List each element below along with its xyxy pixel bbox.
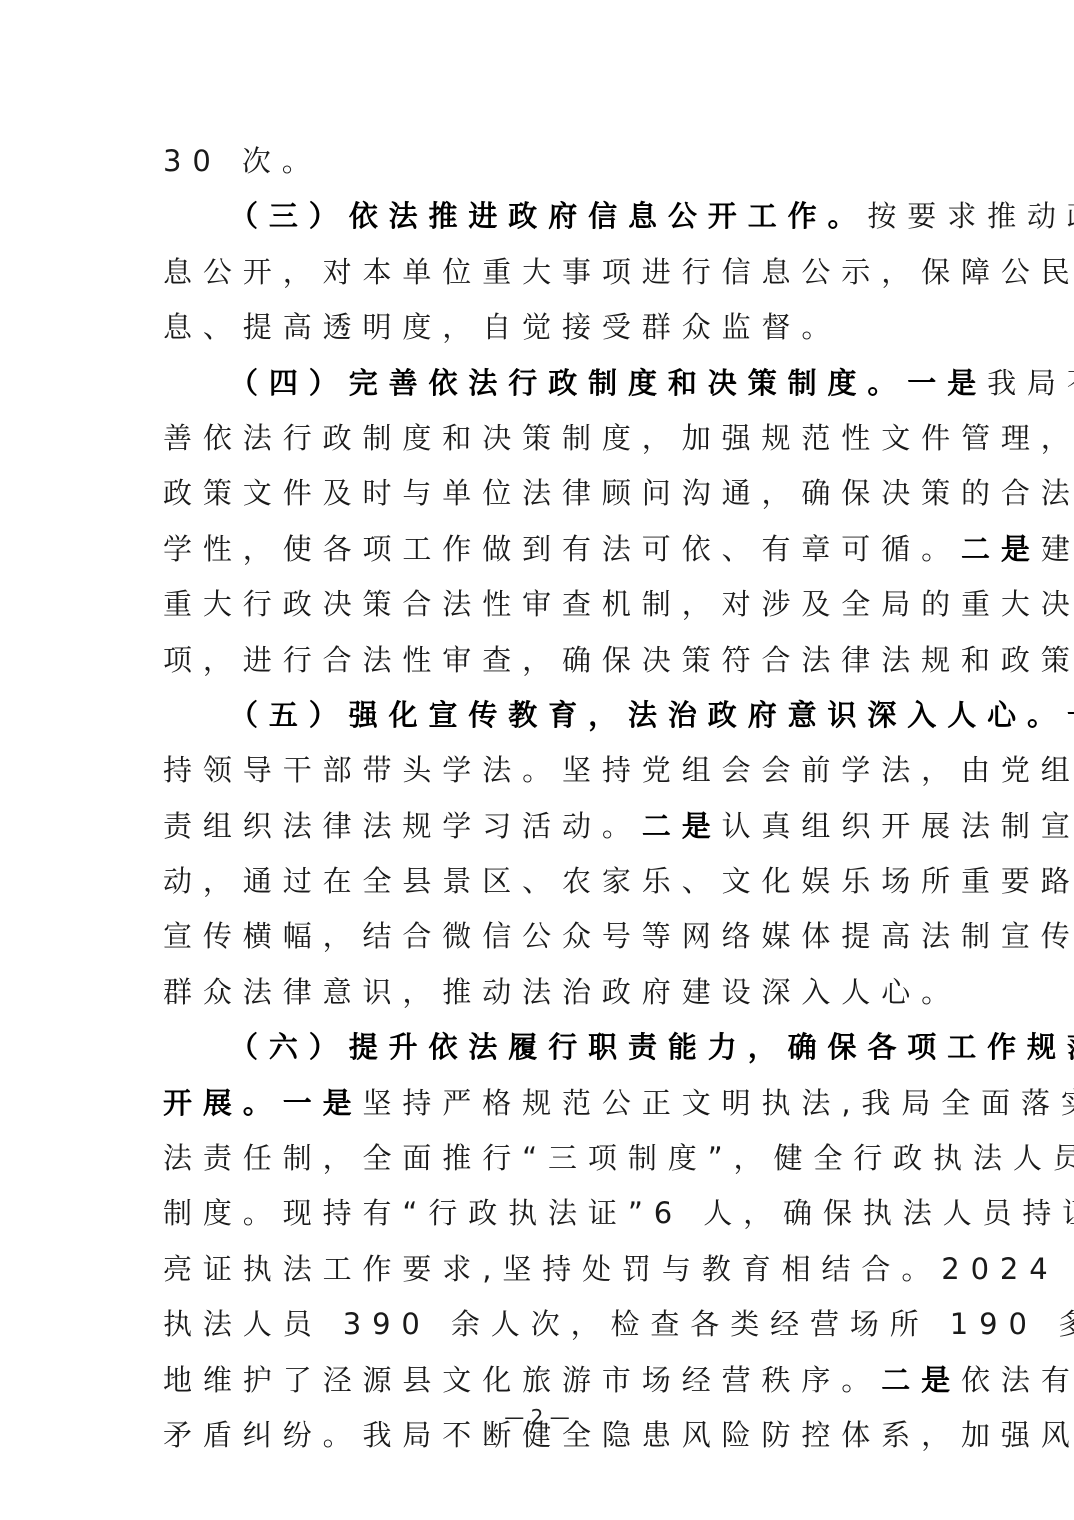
body-text: 重大行政决策合法性审查机制，对涉及全局的重大决策事 [163, 587, 1074, 621]
bold-heading-text: （六）提升依法履行职责能力，确保各项工作规范有序 [229, 1030, 1074, 1064]
text-line: 重大行政决策合法性审查机制，对涉及全局的重大决策事 [163, 577, 913, 632]
body-text: 动，通过在全县景区、农家乐、文化娱乐场所重要路口悬挂 [163, 864, 1074, 898]
body-text: 认真组织开展法制宣传月活 [722, 809, 1074, 843]
text-line: 30 次。 [163, 134, 913, 189]
body-text: 政策文件及时与单位法律顾问沟通，确保决策的合法性和科 [163, 476, 1074, 510]
text-line: 项，进行合法性审查，确保决策符合法律法规和政策要求。 [163, 633, 913, 688]
text-line: 亮证执法工作要求,坚持处罚与教育相结合。2024 年共出动 [163, 1242, 913, 1297]
bold-heading-text: 二是 [881, 1363, 961, 1397]
text-line: 动，通过在全县景区、农家乐、文化娱乐场所重要路口悬挂 [163, 854, 913, 909]
body-text: 30 次。 [163, 144, 322, 178]
page-number: — 2 — [0, 1405, 1074, 1429]
text-line: 息、提高透明度，自觉接受群众监督。 [163, 300, 913, 355]
body-text: 项，进行合法性审查，确保决策符合法律法规和政策要求。 [163, 643, 1074, 677]
bold-heading-text: 二是 [961, 532, 1041, 566]
text-line: 责组织法律法规学习活动。二是认真组织开展法制宣传月活 [163, 799, 913, 854]
text-line: （六）提升依法履行职责能力，确保各项工作规范有序 [163, 1020, 913, 1075]
body-text: 宣传横幅，结合微信公众号等网络媒体提高法制宣传，提高 [163, 919, 1074, 953]
bold-heading-text: （四）完善依法行政制度和决策制度。一是 [229, 366, 987, 400]
body-text: 制度。现持有“行政执法证”6 人，确保执法人员持证上岗、 [163, 1196, 1074, 1230]
text-line: 执法人员 390 余人次，检查各类经营场所 190 多家次，极大 [163, 1297, 913, 1352]
body-text: 法责任制，全面推行“三项制度”，健全行政执法人员管理 [163, 1141, 1074, 1175]
body-text: 我局不断完 [987, 366, 1074, 400]
body-text: 坚持严格规范公正文明执法,我局全面落实行政执 [363, 1086, 1074, 1120]
body-text: 执法人员 390 余人次，检查各类经营场所 190 多家次，极大 [163, 1307, 1074, 1341]
bold-heading-text: 二是 [642, 809, 722, 843]
body-text: 建立健全 [1041, 532, 1074, 566]
body-text: 亮证执法工作要求,坚持处罚与教育相结合。2024 年共出动 [163, 1252, 1074, 1286]
text-line: 政策文件及时与单位法律顾问沟通，确保决策的合法性和科 [163, 466, 913, 521]
text-line: 开展。一是坚持严格规范公正文明执法,我局全面落实行政执 [163, 1076, 913, 1131]
text-line: 法责任制，全面推行“三项制度”，健全行政执法人员管理 [163, 1131, 913, 1186]
text-line: 持领导干部带头学法。坚持党组会会前学法，由党组书记负 [163, 743, 913, 798]
text-line: （四）完善依法行政制度和决策制度。一是我局不断完 [163, 356, 913, 411]
text-line: 群众法律意识，推动法治政府建设深入人心。 [163, 965, 913, 1020]
body-text: 依法有效化解 [961, 1363, 1074, 1397]
text-line: （五）强化宣传教育，法治政府意识深入人心。一是坚 [163, 688, 913, 743]
body-text: 息公开，对本单位重大事项进行信息公示，保障公民获取信 [163, 255, 1074, 289]
body-text: 群众法律意识，推动法治政府建设深入人心。 [163, 975, 961, 1009]
body-text: 息、提高透明度，自觉接受群众监督。 [163, 310, 841, 344]
body-text: 持领导干部带头学法。坚持党组会会前学法，由党组书记负 [163, 753, 1074, 787]
text-line: 宣传横幅，结合微信公众号等网络媒体提高法制宣传，提高 [163, 909, 913, 964]
body-text: 学性，使各项工作做到有法可依、有章可循。 [163, 532, 961, 566]
document-body: 30 次。（三）依法推进政府信息公开工作。按要求推动政务信息公开，对本单位重大事… [163, 134, 913, 1463]
bold-heading-text: （五）强化宣传教育，法治政府意识深入人心。一是 [229, 698, 1074, 732]
text-line: 制度。现持有“行政执法证”6 人，确保执法人员持证上岗、 [163, 1186, 913, 1241]
body-text: 责组织法律法规学习活动。 [163, 809, 642, 843]
bold-heading-text: 开展。一是 [163, 1086, 363, 1120]
bold-heading-text: （三）依法推进政府信息公开工作。 [229, 199, 867, 233]
body-text: 按要求推动政务信 [867, 199, 1074, 233]
body-text: 地维护了泾源县文化旅游市场经营秩序。 [163, 1363, 881, 1397]
text-line: 地维护了泾源县文化旅游市场经营秩序。二是依法有效化解 [163, 1353, 913, 1408]
text-line: （三）依法推进政府信息公开工作。按要求推动政务信 [163, 189, 913, 244]
text-line: 学性，使各项工作做到有法可依、有章可循。二是建立健全 [163, 522, 913, 577]
body-text: 善依法行政制度和决策制度，加强规范性文件管理，对相关 [163, 421, 1074, 455]
text-line: 息公开，对本单位重大事项进行信息公示，保障公民获取信 [163, 245, 913, 300]
text-line: 善依法行政制度和决策制度，加强规范性文件管理，对相关 [163, 411, 913, 466]
